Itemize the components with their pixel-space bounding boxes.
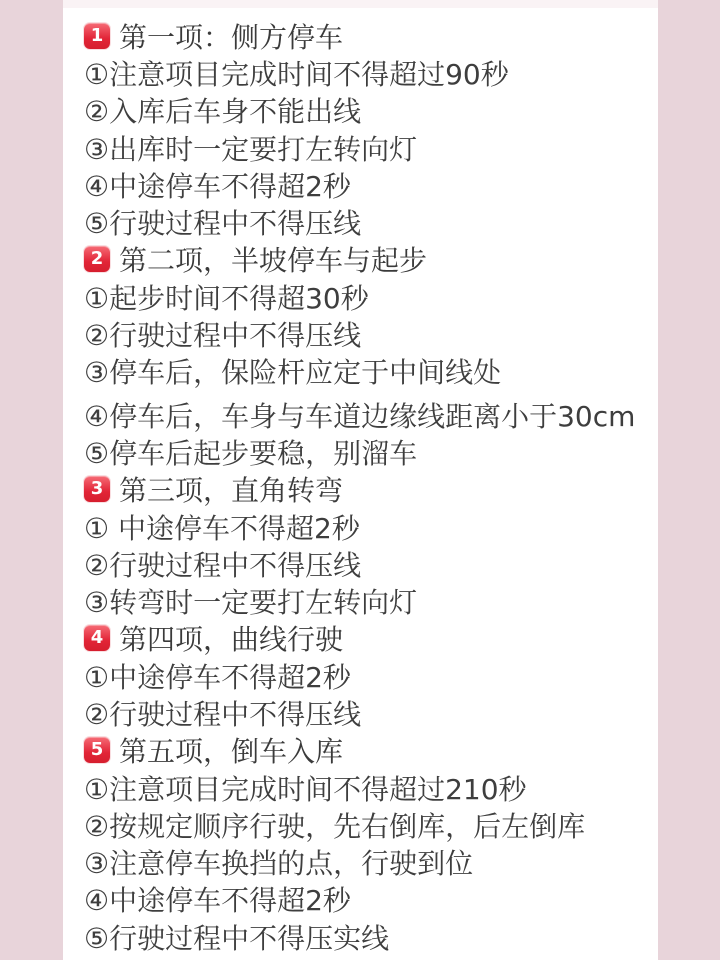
list-item-text: ①起步时间不得超30秒 xyxy=(84,277,369,317)
list-item-text: ①注意项目完成时间不得超过90秒 xyxy=(84,53,509,93)
red-keycap-1-icon: 1 xyxy=(84,23,110,49)
red-keycap-3-icon: 3 xyxy=(84,476,110,502)
section-heading-4: 4 第四项，曲线行驶 xyxy=(84,620,650,657)
red-keycap-5-icon: 5 xyxy=(84,737,110,763)
list-item-text: ②入库后车身不能出线 xyxy=(84,90,361,130)
list-item-text: ⑤行驶过程中不得压线 xyxy=(84,202,361,242)
list-item: ①注意项目完成时间不得超过210秒 xyxy=(84,769,650,806)
card-top-strip xyxy=(63,0,658,8)
section-heading-text: 第二项，半坡停车与起步 xyxy=(119,239,427,279)
list-item-text: ④停车后，车身与车道边缘线距离小于30cm xyxy=(84,395,635,435)
list-item: ⑤行驶过程中不得压实线 xyxy=(84,918,650,955)
list-item: ⑤行驶过程中不得压线 xyxy=(84,203,650,240)
list-item-text: ①中途停车不得超2秒 xyxy=(84,656,351,696)
section-heading-text: 第四项，曲线行驶 xyxy=(119,618,343,658)
section-heading-5: 5 第五项，倒车入库 xyxy=(84,732,650,769)
list-item-text: ②行驶过程中不得压线 xyxy=(84,693,361,733)
list-item-text: ②行驶过程中不得压线 xyxy=(84,314,361,354)
list-item: ②行驶过程中不得压线 xyxy=(84,694,650,731)
list-item: ②行驶过程中不得压线 xyxy=(84,545,650,582)
list-item: ①注意项目完成时间不得超过90秒 xyxy=(84,54,650,91)
list-item-text: ②行驶过程中不得压线 xyxy=(84,544,361,584)
list-item: ⑤停车后起步要稳，别溜车 xyxy=(84,433,650,470)
red-keycap-2-icon: 2 xyxy=(84,246,110,272)
list-item: ③注意停车换挡的点，行驶到位 xyxy=(84,844,650,881)
note-page: { "page": { "background_color": "#e8d4da… xyxy=(0,0,720,960)
list-item: ①起步时间不得超30秒 xyxy=(84,278,650,315)
list-item-text: ④中途停车不得超2秒 xyxy=(84,879,351,919)
section-heading-3: 3 第三项，直角转弯 xyxy=(84,471,650,508)
list-item-text: ③转弯时一定要打左转向灯 xyxy=(84,581,417,621)
list-item: ②按规定顺序行驶，先右倒库，后左倒库 xyxy=(84,806,650,843)
list-item: ③转弯时一定要打左转向灯 xyxy=(84,582,650,619)
list-item-text: ①注意项目完成时间不得超过210秒 xyxy=(84,768,527,808)
note-content: 1 第一项：侧方停车 ①注意项目完成时间不得超过90秒 ②入库后车身不能出线 ③… xyxy=(63,8,658,955)
list-item: ④中途停车不得超2秒 xyxy=(84,881,650,918)
list-item-text: ⑤停车后起步要稳，别溜车 xyxy=(84,432,417,472)
list-item: ④停车后，车身与车道边缘线距离小于30cm xyxy=(84,396,650,433)
list-item-text: ③出库时一定要打左转向灯 xyxy=(84,128,417,168)
list-item: ②行驶过程中不得压线 xyxy=(84,315,650,352)
section-heading-1: 1 第一项：侧方停车 xyxy=(84,17,650,54)
section-heading-2: 2 第二项，半坡停车与起步 xyxy=(84,241,650,278)
list-item-text: ⑤行驶过程中不得压实线 xyxy=(84,917,389,957)
section-heading-text: 第五项，倒车入库 xyxy=(119,730,343,770)
list-item-text: ②按规定顺序行驶，先右倒库，后左倒库 xyxy=(84,805,585,845)
list-item: ③出库时一定要打左转向灯 xyxy=(84,129,650,166)
list-item: ④中途停车不得超2秒 xyxy=(84,166,650,203)
red-keycap-4-icon: 4 xyxy=(84,625,110,651)
note-card: 1 第一项：侧方停车 ①注意项目完成时间不得超过90秒 ②入库后车身不能出线 ③… xyxy=(63,0,658,960)
list-item: ①中途停车不得超2秒 xyxy=(84,657,650,694)
list-item: ① 中途停车不得超2秒 xyxy=(84,508,650,545)
section-heading-text: 第三项，直角转弯 xyxy=(119,469,343,509)
list-item-text: ① 中途停车不得超2秒 xyxy=(84,507,360,547)
list-item-text: ③注意停车换挡的点，行驶到位 xyxy=(84,842,473,882)
list-item: ③停车后，保险杆应定于中间线处 xyxy=(84,353,650,390)
list-item: ②入库后车身不能出线 xyxy=(84,92,650,129)
list-item-text: ④中途停车不得超2秒 xyxy=(84,165,351,205)
list-item-text: ③停车后，保险杆应定于中间线处 xyxy=(84,351,501,391)
section-heading-text: 第一项：侧方停车 xyxy=(119,16,343,56)
